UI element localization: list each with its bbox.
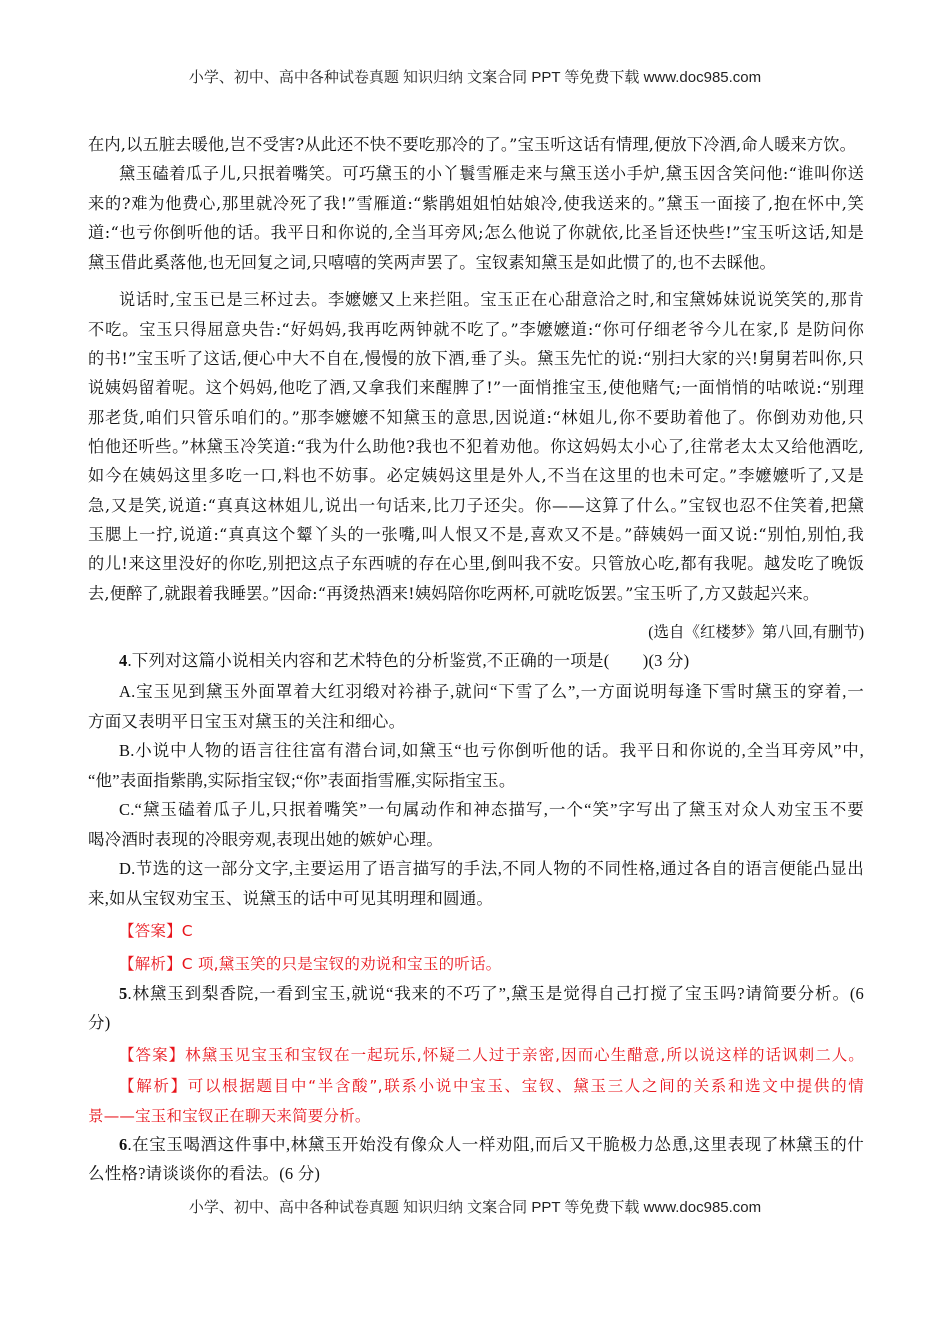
question-4-stem: 4.下列对这篇小说相关内容和艺术特色的分析鉴赏,不正确的一项是( )(3 分) (119, 651, 864, 671)
answer-q5: 【答案】林黛玉见宝玉和宝钗在一起玩乐,怀疑二人过于亲密,因而心生醋意,所以说这样… (119, 1045, 864, 1065)
passage-line: 黛玉借此奚落他,也无回复之词,只嘻嘻的笑两声罢了。宝钗素知黛玉是如此惯了的,也不… (88, 253, 864, 273)
passage-line: 黛玉磕着瓜子儿,只抿着嘴笑。可巧黛玉的小丫鬟雪雁走来与黛玉送小手炉,黛玉因含笑问… (119, 164, 864, 184)
option-d: D.节选的这一部分文字,主要运用了语言描写的手法,不同人物的不同性格,通过各自的… (119, 859, 864, 879)
passage-line: 怕他还听些。”林黛玉冷笑道:“我为什么助他?我也不犯着劝他。你这妈妈太小心了,往… (88, 437, 864, 457)
question-6-stem: 6.在宝玉喝酒这件事中,林黛玉开始没有像众人一样劝阻,而后又干脆极力怂恿,这里表… (119, 1135, 864, 1155)
question-text: .林黛玉到梨香院,一看到宝玉,就说“我来的不巧了”,黛玉是觉得自己打搅了宝玉吗?… (127, 984, 864, 1003)
option-a: A.宝玉见到黛玉外面罩着大红羽缎对衿褂子,就问“下雪了么”,一方面说明每逢下雪时… (119, 682, 864, 702)
passage-source: (选自《红楼梦》第八回,有删节) (648, 620, 864, 642)
passage-line: 道:“也亏你倒听他的话。我平日和你说的,全当耳旁风;怎么他说了你就依,比圣旨还快… (88, 223, 864, 243)
question-text: .在宝玉喝酒这件事中,林黛玉开始没有像众人一样劝阻,而后又干脆极力怂恿,这里表现… (127, 1135, 864, 1154)
passage-line: 急,又是笑,说道:“真真这林姐儿,说出一句话来,比刀子还尖。你——这算了什么。”… (88, 496, 864, 516)
page-header-banner: 小学、初中、高中各种试卷真题 知识归纳 文案合同 PPT 等免费下载 www.d… (0, 66, 950, 87)
option-c-cont: 喝冷酒时表现的冷眼旁观,表现出她的嫉妒心理。 (88, 830, 864, 850)
passage-line: 如今在姨妈这里多吃一口,料也不妨事。必定姨妈这里是外人,不当在这里的也未可定。”… (88, 466, 864, 486)
question-5-stem-cont: 分) (88, 1013, 864, 1033)
passage-line: 去,便醉了,就跟着我睡罢。”因命:“再烫热酒来!姨妈陪你吃两杯,可就吃饭罢。”宝… (88, 584, 864, 604)
analysis-q5: 【解析】可以根据题目中“半含酸”,联系小说中宝玉、宝钗、黛玉三人之间的关系和选文… (119, 1076, 864, 1096)
answer-q4: 【答案】C (119, 921, 864, 941)
option-d-cont: 来,如从宝钗劝宝玉、说黛玉的话中可见其明理和圆通。 (88, 889, 864, 909)
passage-line: 玉腮上一拧,说道:“真真这个颦丫头的一张嘴,叫人恨又不是,喜欢又不是。”薛姨妈一… (88, 525, 864, 545)
passage-line: 在内,以五脏去暖他,岂不受害?从此还不快不要吃那冷的了。”宝玉听这话有情理,便放… (88, 135, 864, 155)
question-6-stem-cont: 么性格?请谈谈你的看法。(6 分) (88, 1164, 864, 1184)
analysis-q4: 【解析】C 项,黛玉笑的只是宝钗的劝说和宝玉的听话。 (119, 954, 864, 974)
option-a-cont: 方面又表明平日宝玉对黛玉的关注和细心。 (88, 712, 864, 732)
passage-line: 的书!”宝玉听了这话,便心中大不自在,慢慢的放下酒,垂了头。黛玉先忙的说:“别扫… (88, 349, 864, 369)
question-5-stem: 5.林黛玉到梨香院,一看到宝玉,就说“我来的不巧了”,黛玉是觉得自己打搅了宝玉吗… (119, 984, 864, 1004)
passage-line: 来的?难为他费心,那里就冷死了我!”雪雁道:“紫鹃姐姐怕姑娘冷,使我送来的。”黛… (88, 194, 864, 214)
page-footer-banner: 小学、初中、高中各种试卷真题 知识归纳 文案合同 PPT 等免费下载 www.d… (0, 1196, 950, 1217)
option-c: C.“黛玉磕着瓜子儿,只抿着嘴笑”一句属动作和神态描写,一个“笑”字写出了黛玉对… (119, 800, 864, 820)
question-text: .下列对这篇小说相关内容和艺术特色的分析鉴赏,不正确的一项是( )(3 分) (127, 651, 689, 670)
passage-line: 那老货,咱们只管乐咱们的。”那李嬷嬷不知黛玉的意思,因说道:“林姐儿,你不要助着… (88, 408, 864, 428)
passage-line: 说话时,宝玉已是三杯过去。李嬷嬷又上来拦阻。宝玉正在心甜意洽之时,和宝黛姊妹说说… (119, 290, 864, 310)
option-b: B.小说中人物的语言往往富有潜台词,如黛玉“也亏你倒听他的话。我平日和你说的,全… (119, 741, 864, 761)
analysis-q5-cont: 景——宝玉和宝钗正在聊天来简要分析。 (88, 1106, 864, 1126)
option-b-cont: “他”表面指紫鹃,实际指宝钗;“你”表面指雪雁,实际指宝玉。 (88, 771, 864, 791)
passage-line: 的儿!来这里没好的你吃,别把这点子东西唬的存在心里,倒叫我不安。只管放心吃,都有… (88, 554, 864, 574)
passage-line: 说姨妈留着呢。这个妈妈,他吃了酒,又拿我们来醒脾了!”一面悄推宝玉,使他赌气;一… (88, 378, 864, 398)
passage-line: 不吃。宝玉只得屈意央告:“好妈妈,我再吃两钟就不吃了。”李嬷嬷道:“你可仔细老爷… (88, 320, 864, 340)
